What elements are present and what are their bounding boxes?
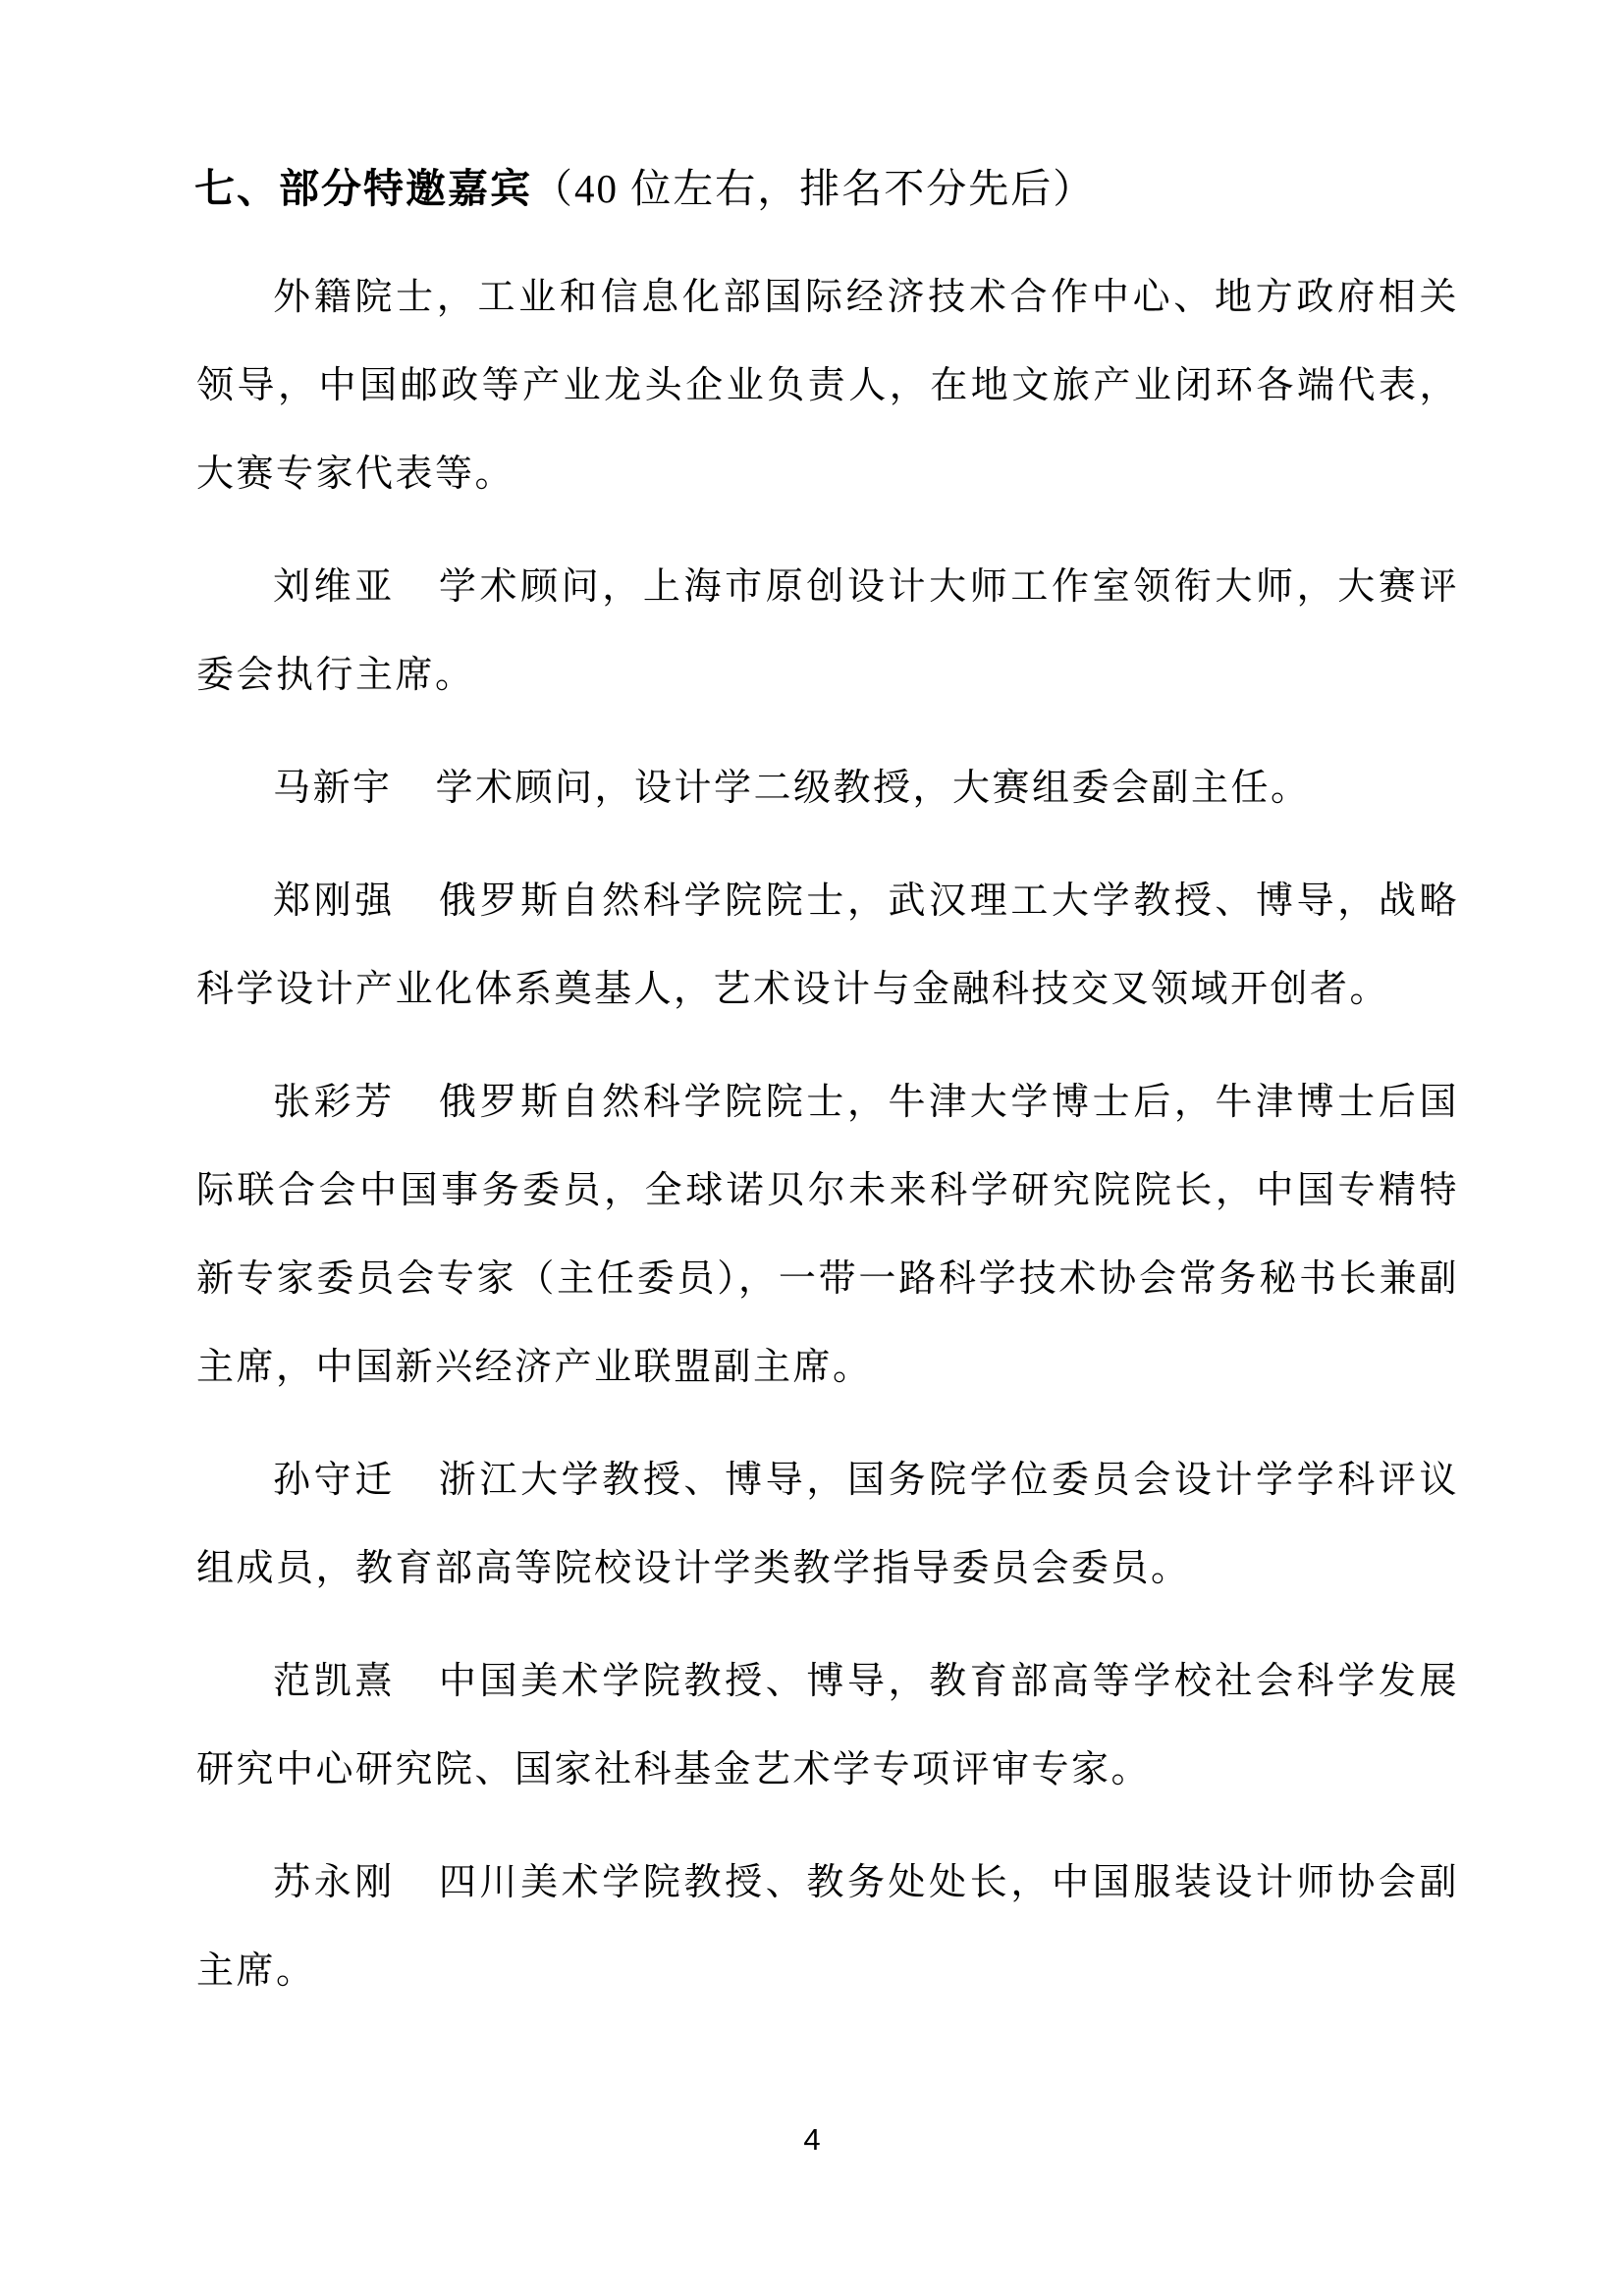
guest-name: 孙守迁: [273, 1460, 396, 1501]
section-title: 七、部分特邀嘉宾（40 位左右，排名不分先后）: [194, 163, 1095, 214]
guest-name: 苏永刚: [273, 1862, 396, 1903]
guest-paragraph: 苏永刚四川美术学院教授、教务处处长，中国服装设计师协会副主席。: [196, 1839, 1459, 2015]
guest-paragraph: 孙守迁浙江大学教授、博导，国务院学位委员会设计学学科评议组成员，教育部高等院校设…: [196, 1436, 1459, 1613]
guest-name: 刘维亚: [273, 566, 396, 608]
guest-name: 范凯熹: [273, 1661, 396, 1702]
guest-description: 学术顾问，设计学二级教授，大赛组委会副主任。: [436, 768, 1311, 809]
guest-paragraph: 张彩芳俄罗斯自然科学院院士，牛津大学博士后，牛津博士后国际联合会中国事务委员，全…: [196, 1058, 1459, 1412]
guest-description: 俄罗斯自然科学院院士，牛津大学博士后，牛津博士后国际联合会中国事务委员，全球诺贝…: [196, 1082, 1459, 1388]
section-title-heading: 七、部分特邀嘉宾: [194, 166, 532, 211]
guest-description: 外籍院士，工业和信息化部国际经济技术合作中心、地方政府相关领导，中国邮政等产业龙…: [196, 277, 1459, 495]
guest-name: 马新宇: [273, 768, 393, 809]
guest-name: 张彩芳: [273, 1082, 396, 1123]
guest-paragraph: 刘维亚学术顾问，上海市原创设计大师工作室领衔大师，大赛评委会执行主席。: [196, 543, 1459, 720]
page-number: 4: [0, 2122, 1624, 2158]
guest-paragraph: 郑刚强俄罗斯自然科学院院士，武汉理工大学教授、博导，战略科学设计产业化体系奠基人…: [196, 857, 1459, 1034]
guest-paragraph: 马新宇学术顾问，设计学二级教授，大赛组委会副主任。: [196, 744, 1459, 832]
section-title-subtitle: （40 位左右，排名不分先后）: [532, 166, 1095, 211]
document-page: 七、部分特邀嘉宾（40 位左右，排名不分先后） 外籍院士，工业和信息化部国际经济…: [0, 0, 1624, 2296]
guest-paragraph: 外籍院士，工业和信息化部国际经济技术合作中心、地方政府相关领导，中国邮政等产业龙…: [196, 253, 1459, 518]
guest-paragraph: 范凯熹中国美术学院教授、博导，教育部高等学校社会科学发展研究中心研究院、国家社科…: [196, 1637, 1459, 1814]
guest-name: 郑刚强: [273, 881, 396, 922]
guest-paragraph-list: 外籍院士，工业和信息化部国际经济技术合作中心、地方政府相关领导，中国邮政等产业龙…: [196, 253, 1459, 2040]
